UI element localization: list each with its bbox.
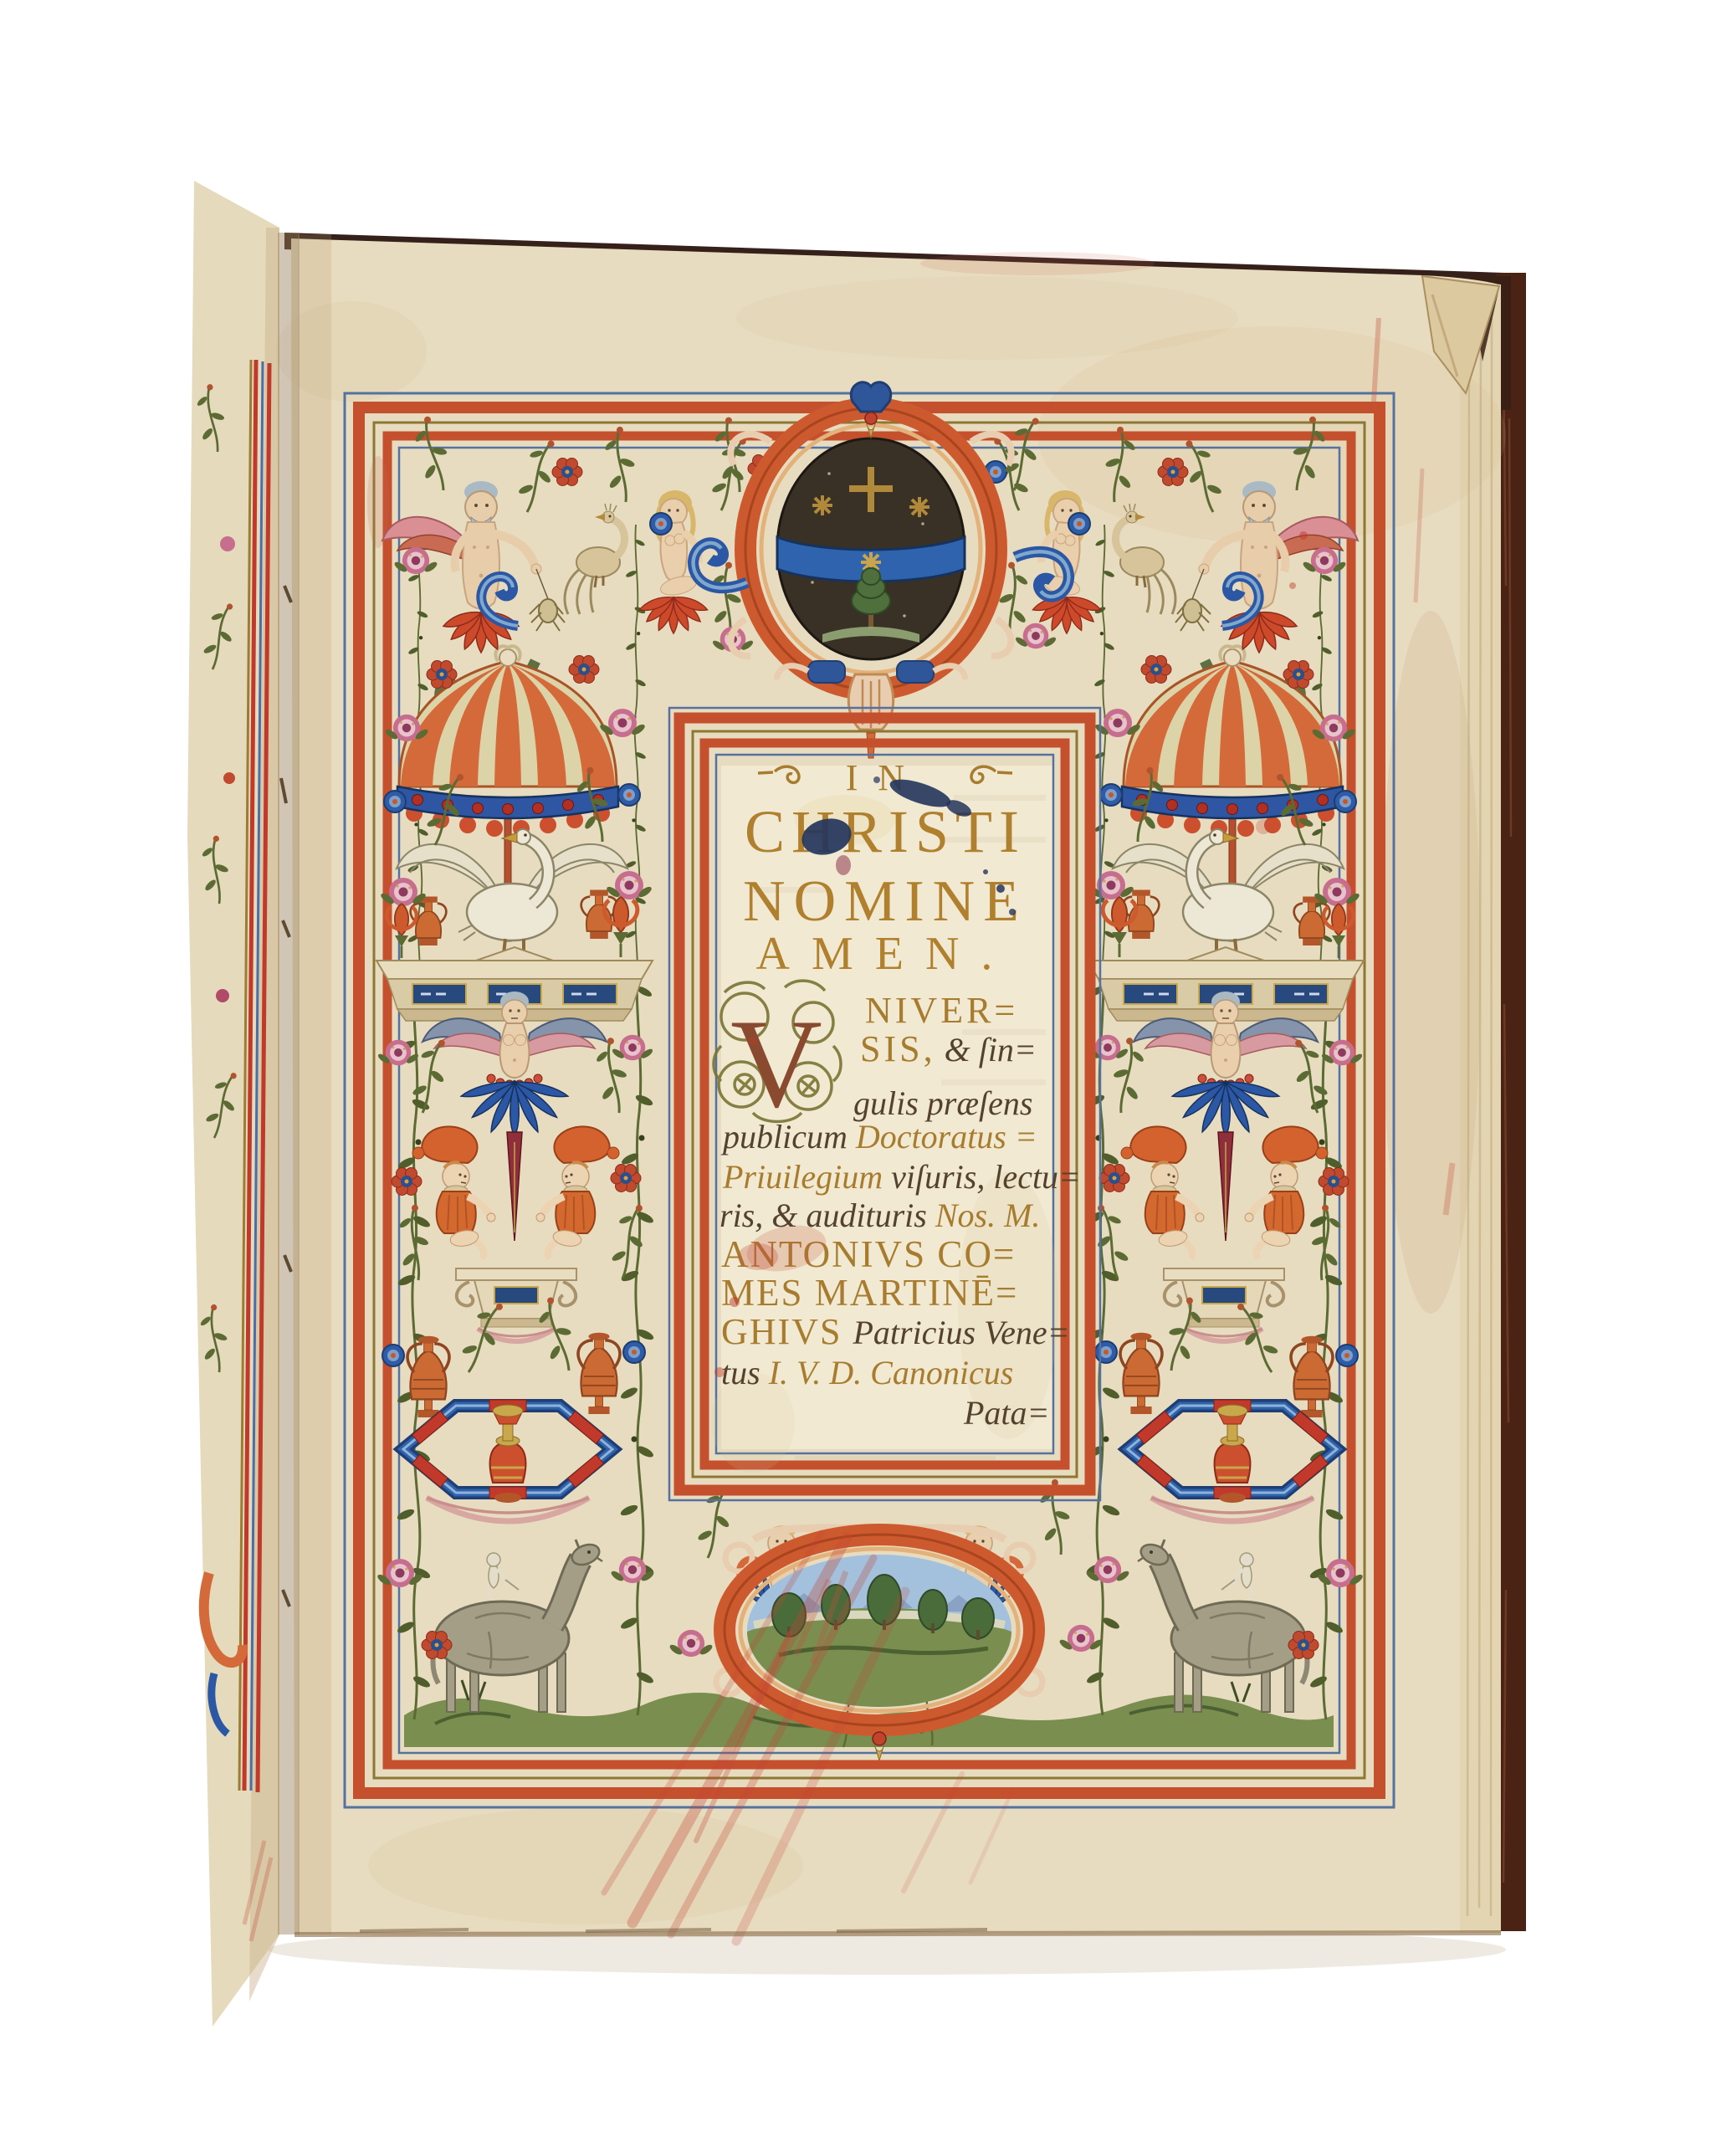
stain bbox=[920, 252, 1155, 275]
decorated-initial: V bbox=[714, 981, 841, 1134]
manuscript-photo: IN CHRISTI NOMINE AMEN. V NIVER= SIS, bbox=[0, 0, 1736, 2142]
page-bottom-edge bbox=[294, 1933, 1501, 1934]
body-line1: NIVER= bbox=[865, 990, 1018, 1031]
text-panel: IN CHRISTI NOMINE AMEN. V NIVER= SIS, bbox=[669, 708, 1100, 1500]
body-line4: publicum Doctoratus = bbox=[720, 1118, 1037, 1156]
body-line9: GHIVS Patricius Vene= bbox=[721, 1311, 1070, 1352]
invocation-amen: AMEN. bbox=[756, 928, 1015, 980]
body-line6: ris, & audituris Nos. M. bbox=[719, 1197, 1040, 1234]
flower-dot bbox=[216, 989, 229, 1002]
body-line2: SIS, & ſin= bbox=[860, 1028, 1037, 1069]
body-line3: gulis præſens bbox=[853, 1084, 1032, 1122]
flower-dot bbox=[223, 772, 235, 784]
flower-dot bbox=[220, 536, 235, 551]
body-line5: Priuilegium viſuris, lectu= bbox=[722, 1158, 1081, 1196]
invocation-christi: CHRISTI bbox=[745, 798, 1026, 865]
manuscript-art: IN CHRISTI NOMINE AMEN. V NIVER= SIS, bbox=[0, 0, 1736, 2142]
invocation-nomine: NOMINE bbox=[743, 869, 1027, 934]
gutter-shadow bbox=[278, 233, 300, 1934]
drop-cap-v: V bbox=[730, 993, 822, 1134]
body-line11: Pata= bbox=[963, 1394, 1050, 1432]
body-line10: tus I. V. D. Canonicus bbox=[721, 1354, 1013, 1391]
body-line8: MES MARTINĒ= bbox=[721, 1272, 1018, 1314]
